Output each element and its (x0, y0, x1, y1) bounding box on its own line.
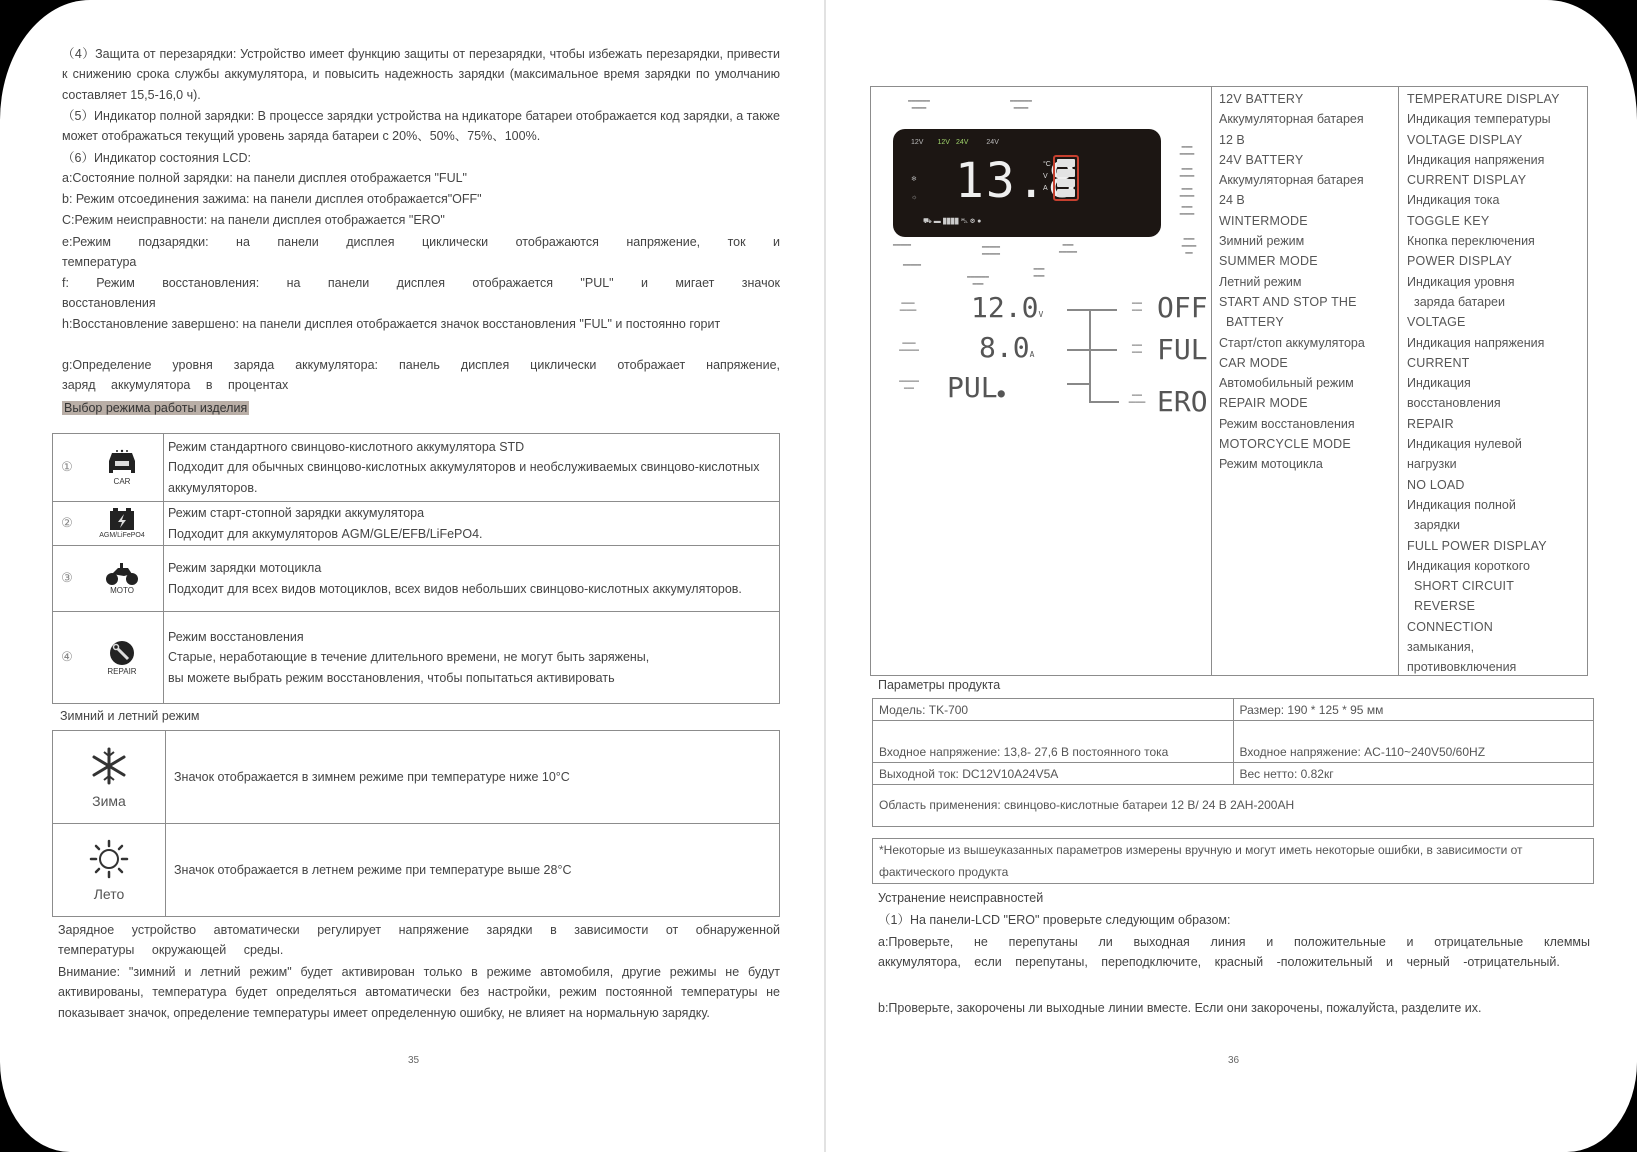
lcd-mode-icons: ⛟ ▬ ▮▮▮▮ ⛍ ⚙ ● (923, 217, 981, 226)
sun-icon (89, 839, 129, 879)
book-gutter (824, 0, 826, 1152)
troubleshooting-b: b:Проверьте, закорочены ли выходные лини… (878, 998, 1590, 1018)
legend-entry: Аккумуляторная батарея (1219, 109, 1392, 129)
legend-entry: TEMPERATURE DISPLAY (1407, 89, 1581, 109)
param-model: Модель: TK-700 (873, 699, 1234, 721)
legend-entry: CAR MODE (1219, 353, 1392, 373)
paragraph-auto-voltage: Зарядное устройство автоматически регули… (58, 920, 780, 961)
segment-off: OFF (1157, 291, 1208, 324)
legend-entry: Режим мотоцикла (1219, 454, 1392, 474)
param-output: Выходной ток: DC12V10A24V5A (873, 763, 1234, 785)
paragraph-lcd: （6）Индикатор состояния LCD: (62, 148, 780, 168)
legend-entry: Индикация полной (1407, 495, 1581, 515)
param-size: Размер: 190 * 125 * 95 мм (1233, 699, 1594, 721)
mode-number: ① (53, 434, 82, 502)
legend-column-1: 12V BATTERYАккумуляторная батарея12 В24V… (1213, 87, 1399, 675)
legend-entry: Индикация уровня (1407, 272, 1581, 292)
product-params-table: Модель: TK-700Размер: 190 * 125 * 95 мм … (872, 698, 1594, 827)
season-indicators: ❄☼ (911, 171, 917, 207)
param-weight: Вес нетто: 0.82кг (1233, 763, 1594, 785)
troubleshooting-heading: Устранение неисправностей (878, 888, 1043, 908)
label-24v-battery: ━━━━━━━━━━ (991, 99, 1051, 113)
snowflake-icon (89, 746, 129, 786)
item-f: f: Режим восстановления: на панели диспл… (62, 273, 780, 314)
legend-entry: 24V BATTERY (1219, 150, 1392, 170)
season-row-winter: Зима Значок отображается в зимнем режиме… (53, 731, 780, 824)
lcd-diagram-table: ━━━━━━━━━━ ━━━━━━━━━━ 12V12V24V24V ❄☼ 13… (870, 86, 1588, 676)
legend-entry: Индикация напряжения (1407, 333, 1581, 353)
legend-entry: заряда батареи (1407, 292, 1581, 312)
label-12v-battery: ━━━━━━━━━━ (889, 99, 949, 113)
legend-entry: восстановления (1407, 393, 1581, 413)
mode-row: ① CAR Режим стандартного свинцово-кислот… (53, 434, 780, 502)
legend-entry: SHORT CIRCUIT (1407, 576, 1581, 596)
mode-row: ② AGM/LiFePO4 Режим старт-стопной зарядк… (53, 502, 780, 546)
legend-entry: CURRENT DISPLAY (1407, 170, 1581, 190)
legend-entry: REVERSE (1407, 596, 1581, 616)
legend-entry: FULL POWER DISPLAY (1407, 536, 1581, 556)
paragraph-attention: Внимание: "зимний и летний режим" будет … (58, 962, 780, 1023)
item-g: g:Определение уровня заряда аккумулятора… (62, 355, 780, 396)
legend-entry: Индикация тока (1407, 190, 1581, 210)
legend-entry: противовключения (1407, 657, 1581, 677)
segment-error: ERO (1157, 385, 1208, 418)
legend-entry: Автомобильный режим (1219, 373, 1392, 393)
legend-entry: CURRENT (1407, 353, 1581, 373)
legend-entry: Индикация нулевой (1407, 434, 1581, 454)
legend-entry: VOLTAGE DISPLAY (1407, 130, 1581, 150)
legend-entry: Индикация напряжения (1407, 150, 1581, 170)
legend-entry: 12V BATTERY (1219, 89, 1392, 109)
page-35: （4）Защита от перезарядки: Устройство име… (0, 0, 824, 1152)
legend-entry: REPAIR MODE (1219, 393, 1392, 413)
legend-entry: нагрузки (1407, 454, 1581, 474)
car-icon (105, 449, 139, 477)
segment-pulse: PUL● (947, 371, 1005, 404)
legend-entry: 24 В (1219, 190, 1392, 210)
mode-row: ③ MOTO Режим зарядки мотоциклаПодходит д… (53, 546, 780, 612)
param-application: Область применения: свинцово-кислотные б… (873, 785, 1594, 827)
params-heading: Параметры продукта (878, 678, 1000, 692)
manual-spread: （4）Защита от перезарядки: Устройство име… (0, 0, 1637, 1152)
legend-entry: NO LOAD (1407, 475, 1581, 495)
paragraph-full-charge: （5）Индикатор полной зарядки: В процессе … (62, 106, 780, 147)
segment-voltage: 12.0V (971, 291, 1043, 324)
legend-entry: зарядки (1407, 515, 1581, 535)
legend-entry: Летний режим (1219, 272, 1392, 292)
page-number: 36 (1228, 1055, 1239, 1066)
legend-entry: CONNECTION (1407, 617, 1581, 637)
legend-entry: BATTERY (1219, 312, 1392, 332)
lcd-units: °CVA (1043, 159, 1051, 195)
repair-wrench-icon (108, 639, 136, 667)
legend-entry: Режим восстановления (1219, 414, 1392, 434)
legend-entry: Зимний режим (1219, 231, 1392, 251)
segment-current: 8.0A (979, 331, 1034, 364)
item-c: C:Режим неисправности: на панели дисплея… (62, 210, 780, 230)
paragraph-overcharge: （4）Защита от перезарядки: Устройство име… (62, 44, 780, 105)
legend-entry: Кнопка переключения (1407, 231, 1581, 251)
legend-entry: WINTERMODE (1219, 211, 1392, 231)
param-input-dc: Входное напряжение: 13,8- 27,6 В постоян… (873, 721, 1234, 763)
legend-column-2: TEMPERATURE DISPLAYИндикация температуры… (1401, 87, 1587, 675)
legend-entry: 12 В (1219, 130, 1392, 150)
params-note: *Некоторые из вышеуказанных параметров и… (872, 838, 1594, 884)
legend-entry: Индикация (1407, 373, 1581, 393)
item-a: a:Состояние полной зарядки: на панели ди… (62, 168, 780, 188)
legend-entry: MOTORCYCLE MODE (1219, 434, 1392, 454)
legend-entry: VOLTAGE (1407, 312, 1581, 332)
modes-heading: Выбор режима работы изделия (62, 398, 249, 418)
lcd-diagram: ━━━━━━━━━━ ━━━━━━━━━━ 12V12V24V24V ❄☼ 13… (871, 87, 1212, 675)
troubleshooting-1: （1）На панели-LCD "ERO" проверьте следующ… (878, 910, 1231, 930)
legend-entry: Аккумуляторная батарея (1219, 170, 1392, 190)
lcd-screen: 12V12V24V24V ❄☼ 13.8 °CVA ⛟ ▬ ▮▮▮▮ ⛍ ⚙ ● (893, 129, 1161, 237)
item-e: e:Режим подзарядки: на панели дисплея ци… (62, 232, 780, 273)
battery-level-icon (1053, 155, 1079, 201)
legend-entry: TOGGLE KEY (1407, 211, 1581, 231)
legend-entry: POWER DISPLAY (1407, 251, 1581, 271)
item-h: h:Восстановление завершено: на панели ди… (62, 314, 780, 334)
season-row-summer: Лето Значок отображается в летнем режиме… (53, 824, 780, 917)
legend-entry: SUMMER MODE (1219, 251, 1392, 271)
modes-table: ① CAR Режим стандартного свинцово-кислот… (52, 433, 780, 704)
param-input-ac: Входное напряжение: AC-110~240V50/60HZ (1233, 721, 1594, 763)
legend-entry: Старт/стоп аккумулятора (1219, 333, 1392, 353)
legend-entry: замыкания, (1407, 637, 1581, 657)
mode-row: ④ REPAIR Режим восстановленияСтарые, нер… (53, 612, 780, 704)
legend-entry: Индикация короткого (1407, 556, 1581, 576)
troubleshooting-a: a:Проверьте, не перепутаны ли выходная л… (878, 932, 1590, 973)
legend-entry: START AND STOP THE (1219, 292, 1392, 312)
motorcycle-icon (104, 562, 140, 586)
legend-entry: Индикация температуры (1407, 109, 1581, 129)
battery-bolt-icon (107, 507, 137, 531)
item-b: b: Режим отсоединения зажима: на панели … (62, 189, 780, 209)
season-table: Зима Значок отображается в зимнем режиме… (52, 730, 780, 917)
page-number: 35 (408, 1055, 419, 1066)
season-heading: Зимний и летний режим (60, 706, 200, 726)
legend-entry: REPAIR (1407, 414, 1581, 434)
segment-full: FUL (1157, 333, 1208, 366)
